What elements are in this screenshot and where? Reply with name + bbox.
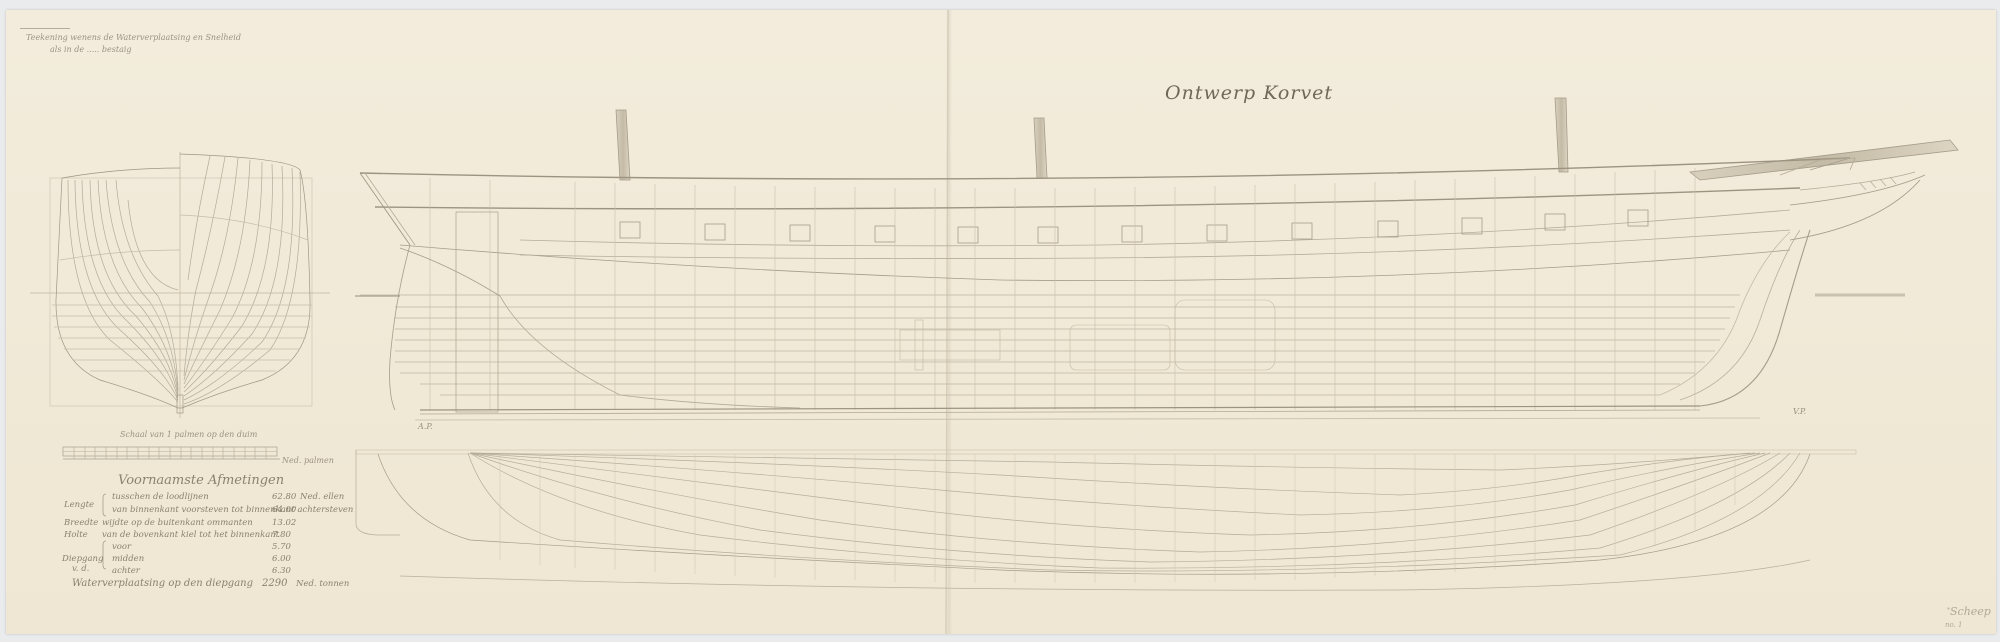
dim-value: 64.00 [272, 505, 296, 515]
top-left-note-line1: Teekening wenens de Waterverplaatsing en… [26, 33, 241, 42]
body-plan-caption: Schaal van 1 palmen op den duim [120, 430, 257, 439]
dim-unit-displacement: Ned. tonnen [296, 579, 349, 589]
dim-group-length: Lengte [64, 500, 94, 510]
fore-perpendicular-mark: V.P. [1793, 407, 1806, 416]
top-left-note-line2: als in de ..... bestaig [50, 45, 132, 54]
dim-label-displacement: Waterverplaatsing op den diepgang [72, 578, 253, 589]
dim-label: van de bovenkant kiel tot het binnenkant [102, 530, 279, 540]
dim-group-draught-sub: v. d. [72, 564, 89, 574]
archive-stamp-line2: no. 1 [1945, 621, 1963, 629]
dim-group-depth: Holte [64, 530, 88, 540]
dim-group-draught: Diepgang [62, 554, 103, 564]
body-plan [30, 152, 330, 418]
dim-value: 6.00 [272, 554, 291, 564]
dimensions-heading: Voornaamste Afmetingen [118, 473, 284, 488]
dim-label: achter [112, 566, 140, 576]
scale-bar-label: Ned. palmen [282, 456, 334, 465]
dim-label: tusschen de loodlijnen [112, 492, 209, 502]
dim-group-breadth: Breedte [64, 518, 98, 528]
dim-value: 62.80 [272, 492, 296, 502]
sheer-plan [355, 98, 1958, 420]
dim-value: 7.80 [272, 530, 291, 540]
drawing-title: Ontwerp Korvet [1165, 82, 1333, 104]
ship-drawing [0, 0, 2000, 642]
scale-bar [63, 447, 280, 459]
dim-label: wijdte op de buitenkant ommanten [102, 518, 253, 528]
dim-value-displacement: 2290 [262, 578, 287, 589]
dim-value: 13.02 [272, 518, 296, 528]
dim-label: voor [112, 542, 131, 552]
archive-stamp [1948, 608, 1949, 609]
dim-value: 6.30 [272, 566, 291, 576]
gunports [620, 210, 1648, 243]
dim-unit: Ned. ellen [300, 492, 344, 502]
aft-perpendicular-mark: A.P. [418, 422, 433, 431]
dim-value: 5.70 [272, 542, 291, 552]
archive-stamp-line1: Scheep [1950, 605, 1991, 618]
masts [616, 98, 1958, 180]
top-left-rule [20, 22, 70, 31]
dim-label: van binnenkant voorsteven tot binnenkant… [112, 505, 353, 515]
half-breadth-plan [356, 450, 1856, 590]
dim-label: midden [112, 554, 144, 564]
